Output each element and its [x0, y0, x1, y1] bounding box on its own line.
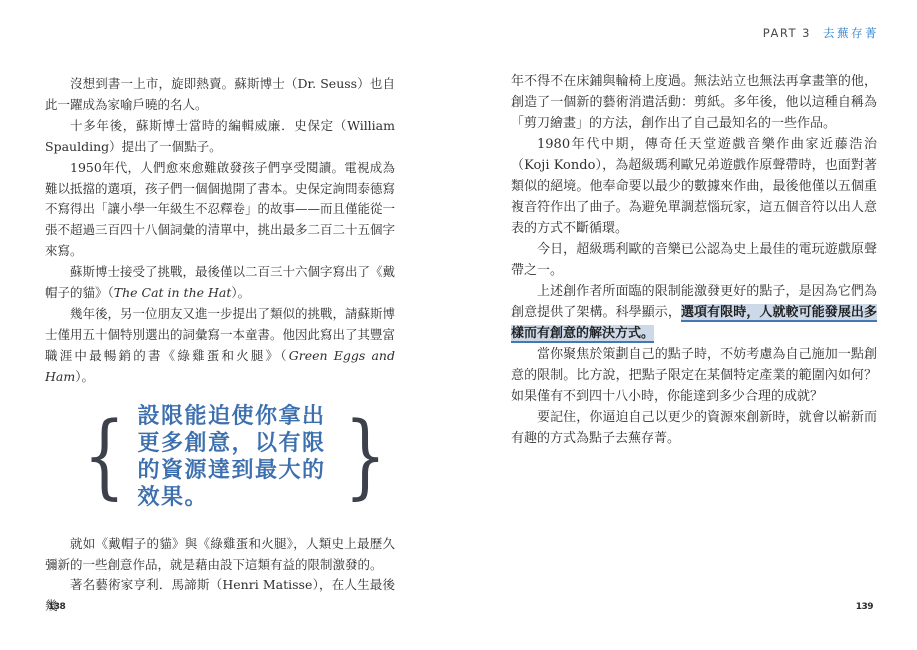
- paragraph: 十多年後，蘇斯博士當時的編輯威廉．史保定（William Spaulding）提…: [45, 116, 395, 158]
- pull-quote: { 設限能迫使你拿出更多創意，以有限的資源達到最大的效果。 }: [75, 403, 395, 511]
- running-header: PART 3去蕪存菁: [763, 25, 879, 41]
- paragraph: 沒想到書一上市，旋即熱賣。蘇斯博士（Dr. Seuss）也自此一躍成為家喻戶曉的…: [45, 74, 395, 116]
- text-segment: ）。: [231, 285, 250, 300]
- text-segment: 沒想到書一上市，旋即熱賣。蘇斯博士（Dr. Seuss）也自此一躍成為家喻戶曉的…: [45, 76, 395, 112]
- text-segment: 1980年代中期，傳奇任天堂遊戲音樂作曲家近藤浩治（Koji Kondo），為超…: [511, 137, 877, 236]
- paragraph: 就如《戴帽子的貓》與《綠雞蛋和火腿》，人類史上最歷久彌新的一些創意作品，就是藉由…: [45, 534, 395, 576]
- paragraph: 1980年代中期，傳奇任天堂遊戲音樂作曲家近藤浩治（Koji Kondo），為超…: [511, 134, 877, 239]
- left-brace-icon: {: [83, 415, 125, 498]
- pull-quote-text: 設限能迫使你拿出更多創意，以有限的資源達到最大的效果。: [138, 403, 333, 511]
- left-page: 沒想到書一上市，旋即熱賣。蘇斯博士（Dr. Seuss）也自此一躍成為家喻戶曉的…: [45, 74, 395, 617]
- left-page-text-bottom: 就如《戴帽子的貓》與《綠雞蛋和火腿》，人類史上最歷久彌新的一些創意作品，就是藉由…: [45, 534, 395, 618]
- right-page: 年不得不在床鋪與輪椅上度過。無法站立也無法再拿畫筆的他，創造了一個新的藝術消遣活…: [511, 71, 877, 449]
- text-segment: ）。: [75, 369, 94, 384]
- text-segment: 要記住，你逼迫自己以更少的資源來創新時，就會以嶄新而有趣的方式為點子去蕪存菁。: [511, 410, 877, 446]
- text-segment: 當你聚焦於策劃自己的點子時，不妨考慮為自己施加一點創意的限制。比方說，把點子限定…: [511, 347, 877, 404]
- book-spread: PART 3去蕪存菁 沒想到書一上市，旋即熱賣。蘇斯博士（Dr. Seuss）也…: [0, 0, 917, 650]
- page-number-right: 139: [856, 602, 873, 612]
- text-segment: 1950年代，人們愈來愈難啟發孩子們享受閱讀。電視成為難以抵擋的選項，孩子們一個…: [45, 160, 395, 259]
- italic-title-text: The Cat in the Hat: [114, 285, 232, 300]
- paragraph: 1950年代，人們愈來愈難啟發孩子們享受閱讀。電視成為難以抵擋的選項，孩子們一個…: [45, 158, 395, 263]
- part-label: PART 3: [763, 26, 811, 40]
- part-title: 去蕪存菁: [823, 26, 879, 40]
- paragraph: 上述創作者所面臨的限制能激發更好的點子，是因為它們為創意提供了架構。科學顯示，選…: [511, 281, 877, 344]
- paragraph: 當你聚焦於策劃自己的點子時，不妨考慮為自己施加一點創意的限制。比方說，把點子限定…: [511, 344, 877, 407]
- text-segment: 年不得不在床鋪與輪椅上度過。無法站立也無法再拿畫筆的他，創造了一個新的藝術消遣活…: [511, 74, 877, 131]
- paragraph: 蘇斯博士接受了挑戰，最後僅以二百三十六個字寫出了《戴帽子的貓》（The Cat …: [45, 262, 395, 304]
- text-segment: 十多年後，蘇斯博士當時的編輯威廉．史保定（William Spaulding）提…: [45, 118, 395, 154]
- text-segment: 就如《戴帽子的貓》與《綠雞蛋和火腿》，人類史上最歷久彌新的一些創意作品，就是藉由…: [45, 536, 395, 572]
- right-page-text: 年不得不在床鋪與輪椅上度過。無法站立也無法再拿畫筆的他，創造了一個新的藝術消遣活…: [511, 71, 877, 449]
- paragraph: 幾年後，另一位朋友又進一步提出了類似的挑戰，請蘇斯博士僅用五十個特別選出的詞彙寫…: [45, 304, 395, 388]
- page-number-left: 138: [48, 602, 65, 612]
- paragraph: 今日，超級瑪利歐的音樂已公認為史上最佳的電玩遊戲原聲帶之一。: [511, 239, 877, 281]
- left-page-text-top: 沒想到書一上市，旋即熱賣。蘇斯博士（Dr. Seuss）也自此一躍成為家喻戶曉的…: [45, 74, 395, 388]
- text-segment: 著名藝術家亨利．馬諦斯（Henri Matisse），在人生最後幾: [45, 577, 395, 613]
- paragraph: 年不得不在床鋪與輪椅上度過。無法站立也無法再拿畫筆的他，創造了一個新的藝術消遣活…: [511, 71, 877, 134]
- right-brace-icon: }: [345, 415, 387, 498]
- paragraph: 著名藝術家亨利．馬諦斯（Henri Matisse），在人生最後幾: [45, 575, 395, 617]
- paragraph: 要記住，你逼迫自己以更少的資源來創新時，就會以嶄新而有趣的方式為點子去蕪存菁。: [511, 407, 877, 449]
- text-segment: 今日，超級瑪利歐的音樂已公認為史上最佳的電玩遊戲原聲帶之一。: [511, 242, 877, 278]
